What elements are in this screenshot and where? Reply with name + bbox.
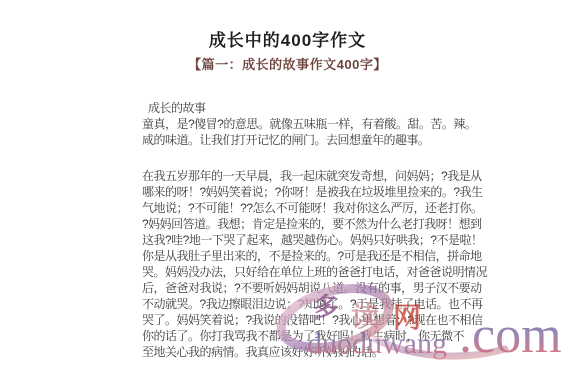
paragraph2-line: 你的话了。你打我骂我不都是为了我好吗！我生病时，你无微不 bbox=[142, 328, 522, 344]
paragraph2-line: 这我?哇?地一下哭了起来，越哭越伤心。妈妈只好哄我；?不是啦！ bbox=[142, 232, 522, 248]
paragraph2-line: 哪来的呀！?妈妈笑着说；?你呀！是被我在垃圾堆里捡来的。?我生 bbox=[142, 184, 522, 200]
paragraph2-line: 后，爸爸对我说；?不要听妈妈胡说八道。没有的事，男子汉不要动 bbox=[142, 280, 522, 296]
paragraph2-line: 气地说；?不可能！??怎么不可能呀！我对你这么严厉，还老打你。 bbox=[142, 200, 522, 216]
section-subtitle: 【篇一：成长的故事作文400字】 bbox=[0, 54, 575, 73]
paragraph1-line: 童真，是?傻冒?的意思。就像五味瓶一样，有着酸。甜。苦。辣。 bbox=[142, 116, 522, 132]
paragraph2-line: 在我五岁那年的一天早晨，我一起床就突发奇想，问妈妈；?我是从 bbox=[142, 168, 522, 184]
paragraph1-line: 咸的味道。让我们打开记忆的闸门。去回想童年的趣事。 bbox=[142, 132, 522, 148]
paragraph-gap bbox=[142, 148, 522, 168]
paragraph2-line: 你是从我肚子里出来的，不是捡来的。?可是我还是不相信，拼命地 bbox=[142, 248, 522, 264]
page-title: 成长中的400字作文 bbox=[0, 26, 575, 51]
paragraph2-line: 至地关心我的病情。我真应该好好听妈妈的话。 bbox=[142, 344, 522, 360]
essay-body: 成长的故事 童真，是?傻冒?的意思。就像五味瓶一样，有着酸。甜。苦。辣。 咸的味… bbox=[142, 100, 522, 360]
paragraph2-line: 哭了。妈妈笑着说；?我说的没错吧！?我心里想着；?现在也不相信 bbox=[142, 312, 522, 328]
essay-heading: 成长的故事 bbox=[142, 100, 522, 116]
paragraph2-line: 哭。妈妈没办法，只好给在单位上班的爸爸打电话，对爸爸说明情况 bbox=[142, 264, 522, 280]
paragraph2-line: ?妈妈回答道。我想；肯定是捡来的，要不然为什么老打我呀！想到 bbox=[142, 216, 522, 232]
document-page: 成长中的400字作文 【篇一：成长的故事作文400字】 成长的故事 童真，是?傻… bbox=[0, 0, 575, 365]
paragraph2-line: 不动就哭。?我边擦眼泪边说；?知道了。?于是我挂了电话。也不再 bbox=[142, 296, 522, 312]
